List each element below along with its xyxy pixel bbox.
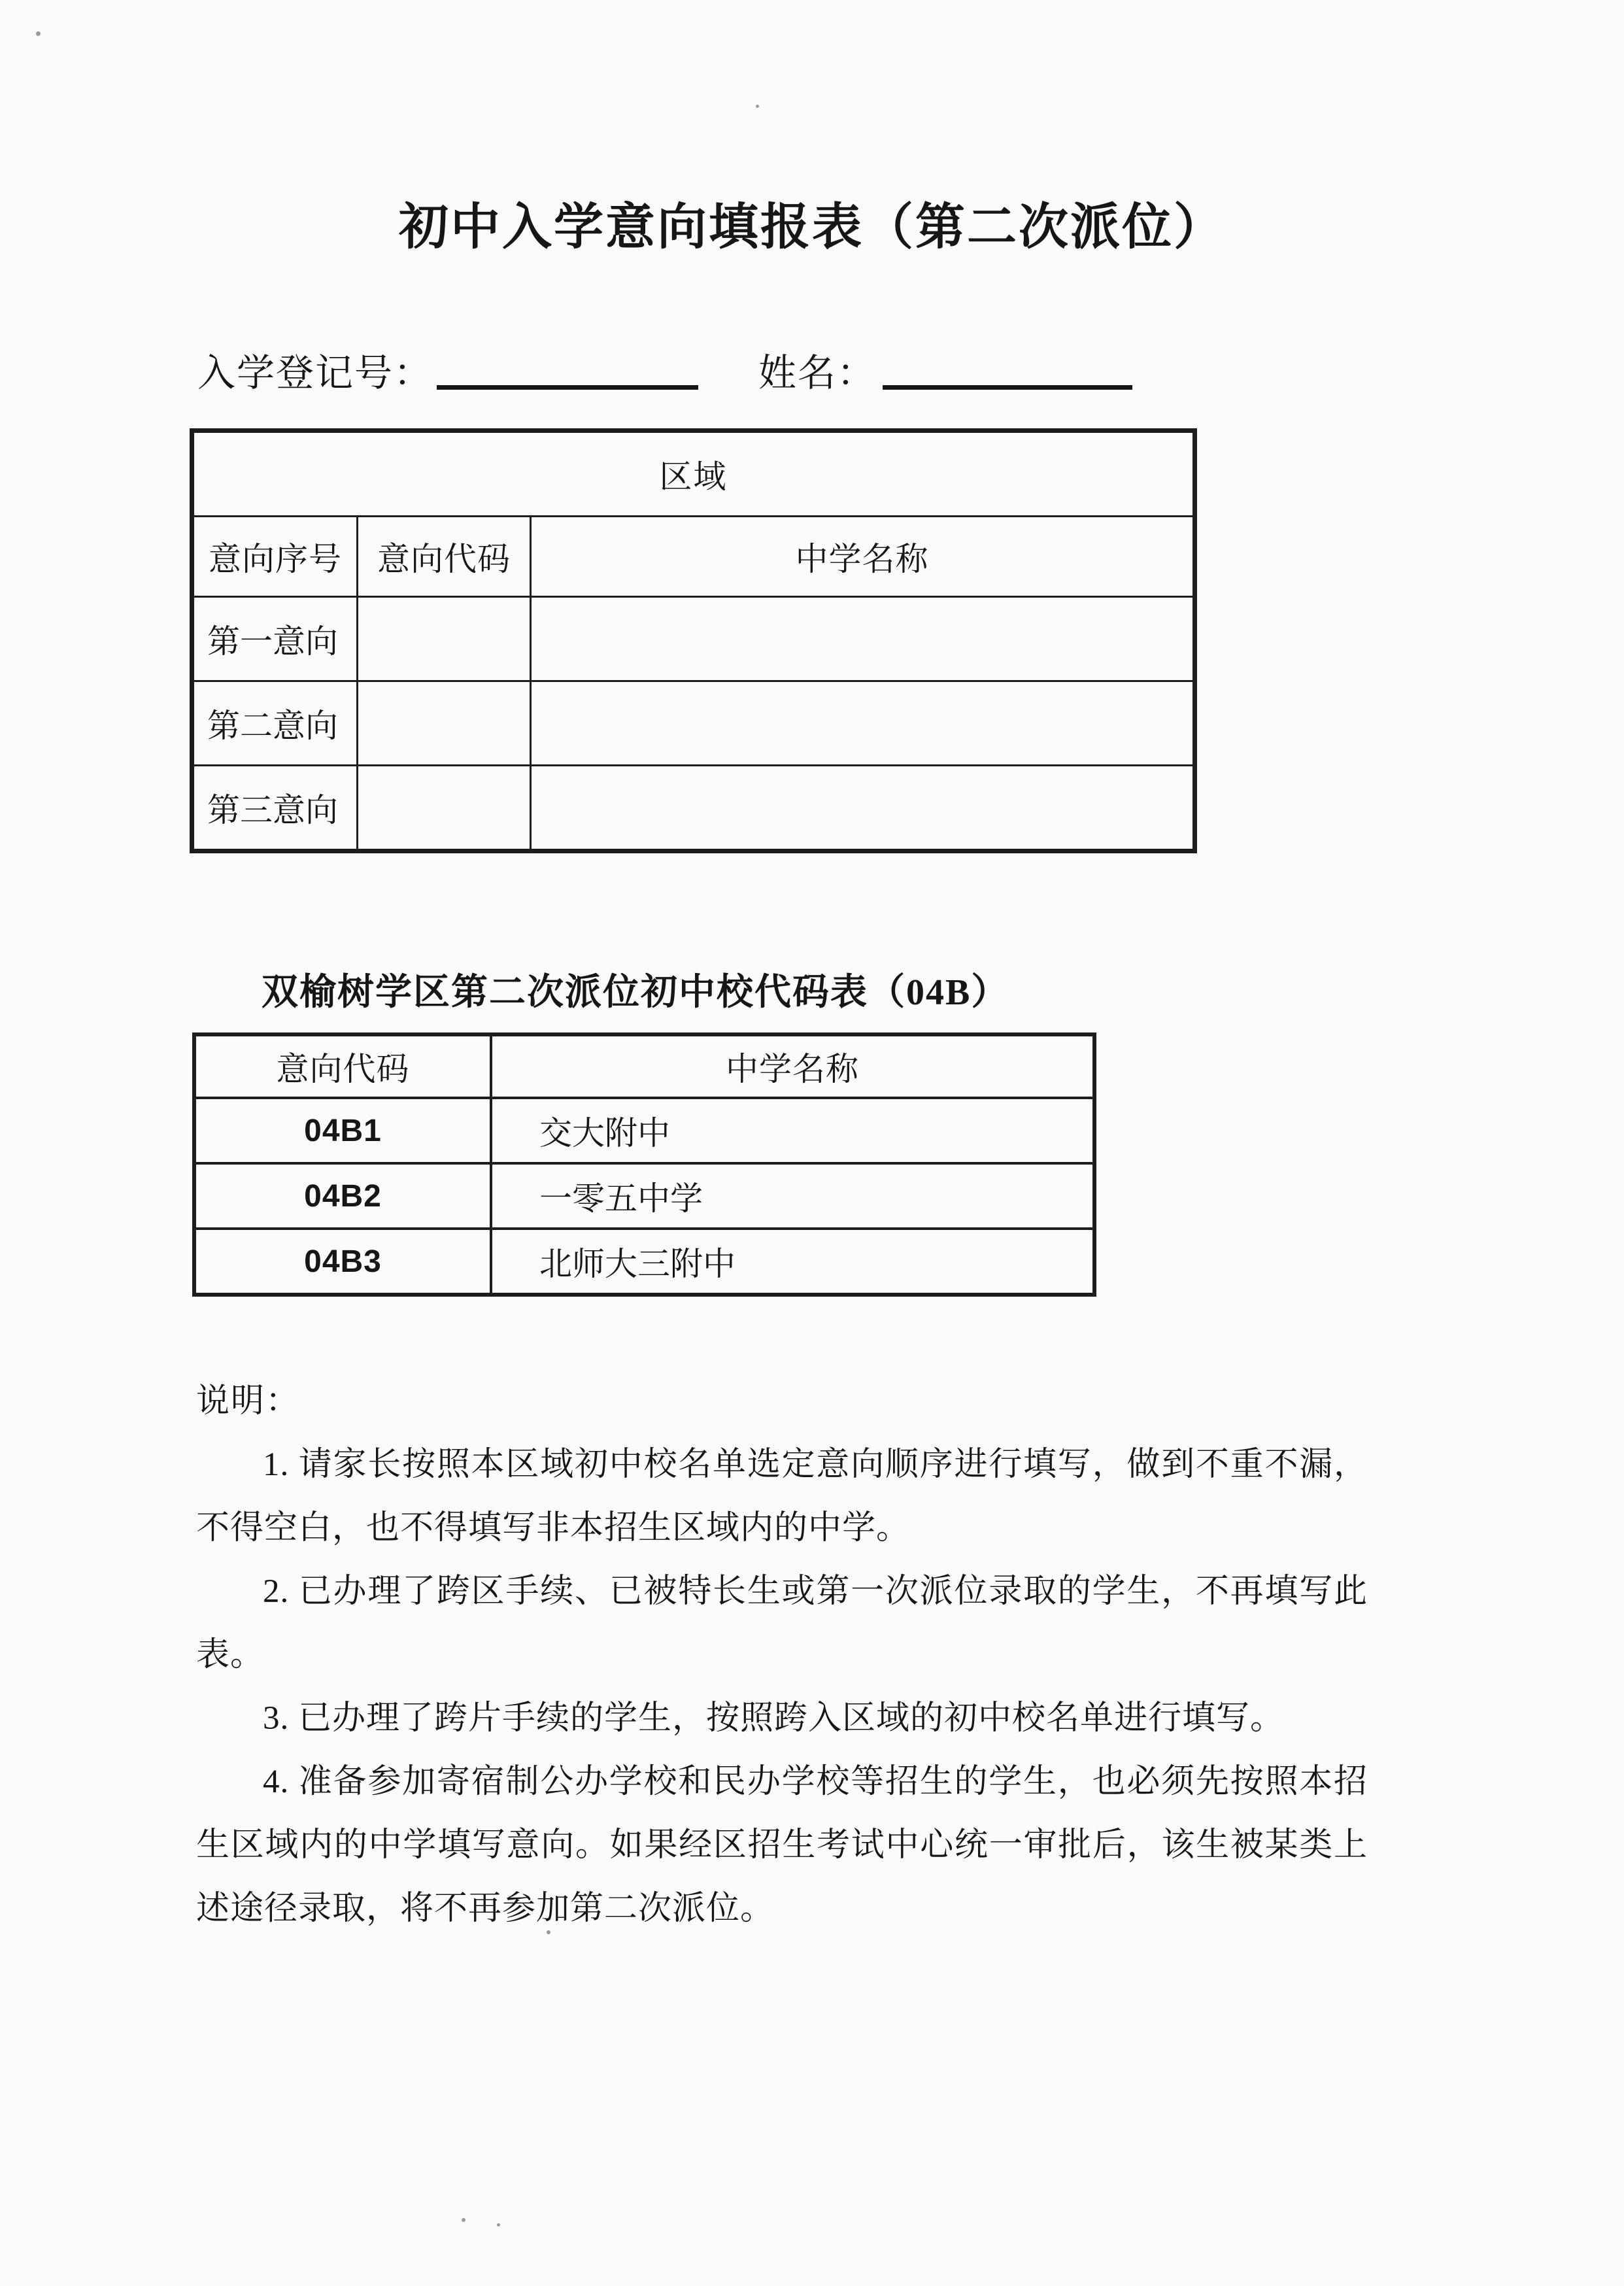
table-row: 04B3 北师大三附中 [194, 1229, 1094, 1295]
note-item-1: 1. 请家长按照本区域初中校名单选定意向顺序进行填写，做到不重不漏，不得空白，也… [196, 1433, 1368, 1560]
table-row: 第二意向 [192, 681, 1195, 766]
col-header-seq: 意向序号 [192, 517, 358, 597]
intention-code-cell [358, 766, 531, 851]
registration-line: 入学登记号：姓名： [197, 342, 1624, 397]
registration-number-field [437, 351, 698, 390]
scan-speck [756, 105, 759, 108]
scan-speck [462, 2218, 465, 2222]
school-name: 交大附中 [491, 1098, 1094, 1163]
intention-school-cell [531, 766, 1195, 851]
school-code-table: 意向代码 中学名称 04B1 交大附中 04B2 一零五中学 04B3 北师大三… [192, 1032, 1096, 1297]
table-row: 第一意向 [192, 597, 1195, 681]
note-item-3: 3. 已办理了跨片手续的学生，按照跨入区域的初中校名单进行填写。 [196, 1687, 1368, 1750]
scan-speck [547, 1930, 550, 1934]
page-title: 初中入学意向填报表（第二次派位） [0, 0, 1624, 258]
col-header-code: 意向代码 [194, 1034, 491, 1098]
name-label: 姓名： [758, 352, 876, 394]
school-code: 04B1 [194, 1098, 491, 1163]
notes-section: 说明： 1. 请家长按照本区域初中校名单选定意向顺序进行填写，做到不重不漏，不得… [196, 1370, 1368, 1941]
table-row: 第三意向 [192, 766, 1195, 851]
school-code: 04B2 [194, 1163, 491, 1229]
intention-table-header-row: 意向序号 意向代码 中学名称 [192, 517, 1195, 597]
intention-school-cell [531, 681, 1195, 766]
intention-seq-label: 第二意向 [192, 681, 358, 766]
table-row: 04B2 一零五中学 [194, 1163, 1094, 1229]
code-table-header-row: 意向代码 中学名称 [194, 1034, 1094, 1098]
scan-speck [36, 31, 41, 36]
school-name: 一零五中学 [491, 1163, 1094, 1229]
scanned-form-page: 初中入学意向填报表（第二次派位） 入学登记号：姓名： 区域 意向序号 意向代码 … [0, 0, 1624, 2286]
intention-table: 区域 意向序号 意向代码 中学名称 第一意向 第二意向 第三意向 [190, 428, 1197, 853]
intention-table-region-row: 区域 [192, 431, 1195, 517]
col-header-school: 中学名称 [531, 517, 1195, 597]
scan-speck [497, 2223, 500, 2226]
intention-seq-label: 第一意向 [192, 597, 358, 681]
school-code: 04B3 [194, 1229, 491, 1295]
intention-code-cell [358, 597, 531, 681]
note-item-4: 4. 准备参加寄宿制公办学校和民办学校等招生的学生，也必须先按照本招生区域内的中… [196, 1750, 1368, 1941]
registration-number-label: 入学登记号： [197, 352, 433, 394]
table-row: 04B1 交大附中 [194, 1098, 1094, 1163]
code-table-title: 双榆树学区第二次派位初中校代码表（04B） [262, 963, 1624, 1015]
col-header-code: 意向代码 [358, 517, 531, 597]
intention-code-cell [358, 681, 531, 766]
col-header-school: 中学名称 [491, 1034, 1094, 1098]
note-item-2: 2. 已办理了跨区手续、已被特长生或第一次派位录取的学生，不再填写此表。 [196, 1560, 1368, 1687]
region-header-cell: 区域 [192, 431, 1195, 517]
intention-school-cell [531, 597, 1195, 681]
name-field [883, 351, 1132, 390]
school-name: 北师大三附中 [491, 1229, 1094, 1295]
notes-heading: 说明： [196, 1370, 1368, 1433]
intention-seq-label: 第三意向 [192, 766, 358, 851]
